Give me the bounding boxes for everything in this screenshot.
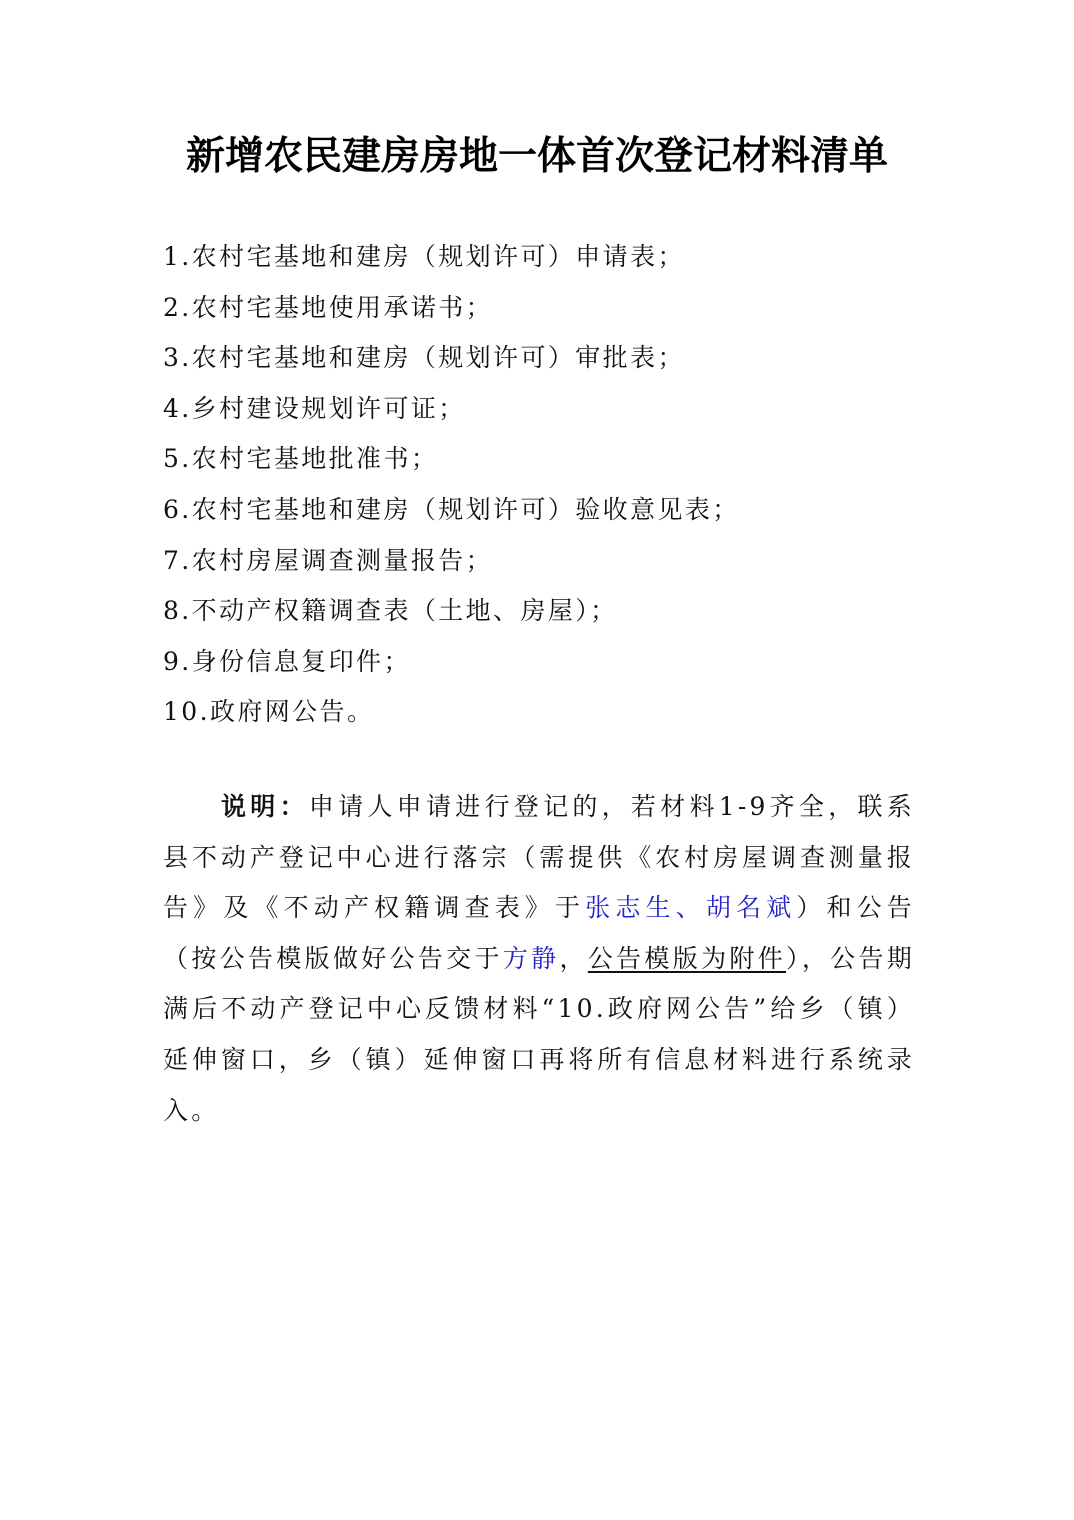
document-page: 新增农民建房房地一体首次登记材料清单 1.农村宅基地和建房（规划许可）申请表； … <box>0 0 1074 1520</box>
material-item-3: 3.农村宅基地和建房（规划许可）审批表； <box>163 333 923 384</box>
contact-names-1: 张志生、胡名斌 <box>585 893 796 922</box>
attachment-link[interactable]: 公告模版为附件 <box>588 944 786 973</box>
material-item-4: 4.乡村建设规划许可证； <box>163 384 923 435</box>
contact-name-2: 方静 <box>503 944 560 973</box>
material-item-2: 2.农村宅基地使用承诺书； <box>163 283 923 334</box>
material-item-8: 8.不动产权籍调查表（土地、房屋）； <box>163 586 923 637</box>
material-item-1: 1.农村宅基地和建房（规划许可）申请表； <box>163 232 923 283</box>
document-title: 新增农民建房房地一体首次登记材料清单 <box>0 128 1074 184</box>
materials-list: 1.农村宅基地和建房（规划许可）申请表； 2.农村宅基地使用承诺书； 3.农村宅… <box>163 232 923 738</box>
material-item-7: 7.农村房屋调查测量报告； <box>163 536 923 587</box>
material-item-9: 9.身份信息复印件； <box>163 637 923 688</box>
note-label: 说明： <box>221 792 309 821</box>
note-paragraph: 说明：申请人申请进行登记的，若材料1-9齐全，联系县不动产登记中心进行落宗（需提… <box>163 782 915 1136</box>
material-item-6: 6.农村宅基地和建房（规划许可）验收意见表； <box>163 485 923 536</box>
material-item-5: 5.农村宅基地批准书； <box>163 434 923 485</box>
note-text-3: ， <box>559 944 587 973</box>
material-item-10: 10.政府网公告。 <box>163 687 923 738</box>
